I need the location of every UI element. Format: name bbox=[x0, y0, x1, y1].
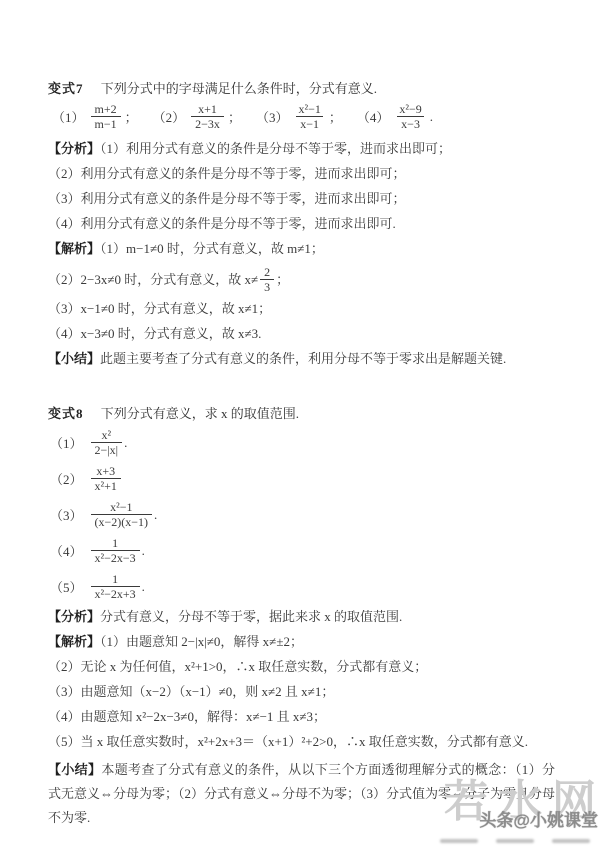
watermark-subtext-bar bbox=[552, 839, 590, 843]
fraction-numerator: x+3 bbox=[92, 464, 119, 478]
item-separator: . bbox=[142, 543, 145, 559]
item-separator: . bbox=[142, 579, 145, 595]
item-number: （1） bbox=[52, 107, 85, 126]
item-separator: ； bbox=[125, 107, 138, 126]
fraction-item: （1） x² 2−|x| . bbox=[50, 428, 555, 457]
summary-label: 【小结】 bbox=[48, 351, 100, 366]
solution-text: （2）无论 x 为任何值，x²+1>0，∴x 取任意实数，分式都有意义； bbox=[48, 659, 427, 674]
analysis-line: 【分析】（1）利用分式有意义的条件是分母不等于零，进而求出即可； bbox=[48, 140, 555, 157]
analysis-line: （3）利用分式有意义的条件是分母不等于零，进而求出即可； bbox=[48, 190, 555, 207]
fraction-item: （2） x+1 2−3x ； bbox=[153, 102, 241, 131]
analysis-label: 【分析】 bbox=[48, 609, 100, 624]
fraction: x²−1 x−1 bbox=[294, 102, 324, 131]
section-v7-heading: 变式7 下列分式中的字母满足什么条件时，分式有意义. bbox=[48, 80, 555, 97]
fraction-item: （3） x²−1 (x−2)(x−1) . bbox=[50, 500, 555, 529]
solution-line: 【解析】（1）由题意知 2−|x|≠0，解得 x≠±2； bbox=[48, 633, 555, 650]
fraction-item: （3） x²−1 x−1 ； bbox=[256, 102, 342, 131]
section-v8-label: 变式8 bbox=[48, 406, 84, 421]
summary-line: 【小结】此题主要考查了分式有意义的条件，利用分母不等于零求出是解题关键. bbox=[48, 350, 555, 367]
solution-line: （5）当 x 取任意实数时，x²+2x+3＝（x+1）²+2>0，∴x 取任意实… bbox=[48, 733, 555, 750]
item-separator: . bbox=[154, 507, 157, 523]
watermark: 若水网 头条@小姚课堂 bbox=[370, 773, 600, 843]
fraction: m+2 m−1 bbox=[91, 102, 121, 131]
analysis-line: 【分析】分式有意义，分母不等于零，据此来求 x 的取值范围. bbox=[48, 608, 555, 625]
solution-line: （3）x−1≠0 时，分式有意义，故 x≠1； bbox=[48, 300, 555, 317]
fraction-item: （4） 1 x²−2x−3 . bbox=[50, 536, 555, 565]
solution-line: （2）2−3x≠0 时，分式有意义，故 x≠ 2 3 ； bbox=[48, 265, 555, 294]
solution-text: （4）x−3≠0 时，分式有意义，故 x≠3. bbox=[48, 326, 261, 341]
fraction-numerator: m+2 bbox=[91, 102, 121, 116]
summary-text: 此题主要考查了分式有意义的条件，利用分母不等于零求出是解题关键. bbox=[100, 351, 506, 366]
item-separator: . bbox=[124, 435, 127, 451]
item-number: （4） bbox=[357, 107, 390, 126]
watermark-subtext-bar bbox=[496, 839, 534, 843]
solution-text: ； bbox=[276, 271, 289, 288]
fraction-denominator: 3 bbox=[260, 279, 274, 294]
solution-label: 【解析】 bbox=[48, 241, 100, 256]
fraction-numerator: 1 bbox=[108, 572, 122, 586]
solution-line: （4）x−3≠0 时，分式有意义，故 x≠3. bbox=[48, 325, 555, 342]
fraction-denominator: (x−2)(x−1) bbox=[91, 514, 153, 529]
fraction-numerator: 2 bbox=[260, 265, 274, 279]
solution-text: （1）m−1≠0 时，分式有意义，故 m≠1； bbox=[100, 241, 324, 256]
item-number: （2） bbox=[50, 469, 83, 488]
item-separator: ； bbox=[228, 107, 241, 126]
solution-line: （2）无论 x 为任何值，x²+1>0，∴x 取任意实数，分式都有意义； bbox=[48, 658, 555, 675]
fraction-denominator: x−1 bbox=[296, 116, 323, 131]
item-number: （4） bbox=[50, 541, 83, 560]
fraction: x² 2−|x| bbox=[91, 428, 123, 457]
fraction-numerator: x²−9 bbox=[395, 102, 425, 116]
solution-text: （4）由题意知 x²−2x−3≠0，解得：x≠−1 且 x≠3； bbox=[48, 709, 326, 724]
analysis-text: （1）利用分式有意义的条件是分母不等于零，进而求出即可； bbox=[100, 141, 451, 156]
analysis-line: （4）利用分式有意义的条件是分母不等于零，进而求出即可. bbox=[48, 215, 555, 232]
analysis-label: 【分析】 bbox=[48, 141, 100, 156]
analysis-text: （3）利用分式有意义的条件是分母不等于零，进而求出即可； bbox=[48, 191, 406, 206]
item-number: （1） bbox=[50, 433, 83, 452]
analysis-text: （4）利用分式有意义的条件是分母不等于零，进而求出即可. bbox=[48, 216, 396, 231]
v8-fraction-list: （1） x² 2−|x| . （2） x+3 x²+1 （3） x²−1 bbox=[50, 428, 555, 601]
fraction: x²−9 x−3 bbox=[395, 102, 425, 131]
fraction: x+3 x²+1 bbox=[91, 464, 121, 493]
fraction-item: （5） 1 x²−2x+3 . bbox=[50, 572, 555, 601]
summary-label: 【小结】 bbox=[48, 762, 101, 777]
solution-line: （3）由题意知（x−2）（x−1）≠0，则 x≠2 且 x≠1； bbox=[48, 683, 555, 700]
fraction-numerator: x+1 bbox=[194, 102, 221, 116]
fraction-denominator: x−3 bbox=[397, 116, 424, 131]
watermark-subtext-bar bbox=[440, 839, 478, 843]
solution-text: （3）由题意知（x−2）（x−1）≠0，则 x≠2 且 x≠1； bbox=[48, 684, 334, 699]
fraction-numerator: x² bbox=[98, 428, 116, 442]
fraction-item: （2） x+3 x²+1 bbox=[50, 464, 555, 493]
item-separator: . bbox=[430, 109, 433, 125]
section-v8-heading: 变式8 下列分式有意义，求 x 的取值范围. bbox=[48, 405, 555, 422]
fraction: x+1 2−3x bbox=[191, 102, 224, 131]
fraction-denominator: x²−2x+3 bbox=[91, 586, 140, 601]
analysis-line: （2）利用分式有意义的条件是分母不等于零，进而求出即可； bbox=[48, 165, 555, 182]
solution-text: （1）由题意知 2−|x|≠0，解得 x≠±2； bbox=[100, 634, 303, 649]
section-v8-title: 下列分式有意义，求 x 的取值范围. bbox=[101, 406, 299, 421]
v7-fraction-row: （1） m+2 m−1 ； （2） x+1 2−3x ； （3） x²−1 bbox=[52, 102, 555, 131]
fraction-item: （1） m+2 m−1 ； bbox=[52, 102, 138, 131]
fraction-numerator: x²−1 bbox=[106, 500, 136, 514]
item-separator: ； bbox=[329, 107, 342, 126]
watermark-channel-text: 头条@小姚课堂 bbox=[479, 806, 598, 831]
solution-text: （5）当 x 取任意实数时，x²+2x+3＝（x+1）²+2>0，∴x 取任意实… bbox=[48, 734, 528, 749]
fraction-item: （4） x²−9 x−3 . bbox=[357, 102, 433, 131]
item-number: （5） bbox=[50, 577, 83, 596]
fraction-denominator: 2−3x bbox=[191, 116, 224, 131]
analysis-text: （2）利用分式有意义的条件是分母不等于零，进而求出即可； bbox=[48, 166, 406, 181]
document-content: 变式7 下列分式中的字母满足什么条件时，分式有意义. （1） m+2 m−1 ；… bbox=[48, 80, 555, 830]
fraction: 1 x²−2x+3 bbox=[91, 572, 140, 601]
item-number: （2） bbox=[153, 107, 186, 126]
analysis-text: 分式有意义，分母不等于零，据此来求 x 的取值范围. bbox=[100, 609, 402, 624]
solution-text: （3）x−1≠0 时，分式有意义，故 x≠1； bbox=[48, 301, 271, 316]
item-number: （3） bbox=[50, 505, 83, 524]
solution-line: （4）由题意知 x²−2x−3≠0，解得：x≠−1 且 x≠3； bbox=[48, 708, 555, 725]
fraction-denominator: m−1 bbox=[91, 116, 121, 131]
item-number: （3） bbox=[256, 107, 289, 126]
fraction-denominator: x²−2x−3 bbox=[91, 550, 140, 565]
section-v7-label: 变式7 bbox=[48, 81, 84, 96]
fraction-denominator: 2−|x| bbox=[91, 442, 123, 457]
solution-label: 【解析】 bbox=[48, 634, 100, 649]
fraction-numerator: x²−1 bbox=[294, 102, 324, 116]
fraction: 2 3 bbox=[260, 265, 274, 294]
section-gap bbox=[48, 375, 555, 405]
solution-line: 【解析】（1）m−1≠0 时，分式有意义，故 m≠1； bbox=[48, 240, 555, 257]
solution-text: （2）2−3x≠0 时，分式有意义，故 x≠ bbox=[48, 271, 258, 288]
watermark-subtext-decoration bbox=[440, 839, 590, 843]
fraction: 1 x²−2x−3 bbox=[91, 536, 140, 565]
fraction-denominator: x²+1 bbox=[91, 478, 121, 493]
fraction-numerator: 1 bbox=[108, 536, 122, 550]
fraction: x²−1 (x−2)(x−1) bbox=[91, 500, 153, 529]
document-page: 变式7 下列分式中的字母满足什么条件时，分式有意义. （1） m+2 m−1 ；… bbox=[0, 0, 600, 849]
section-v7-title: 下列分式中的字母满足什么条件时，分式有意义. bbox=[101, 81, 377, 96]
